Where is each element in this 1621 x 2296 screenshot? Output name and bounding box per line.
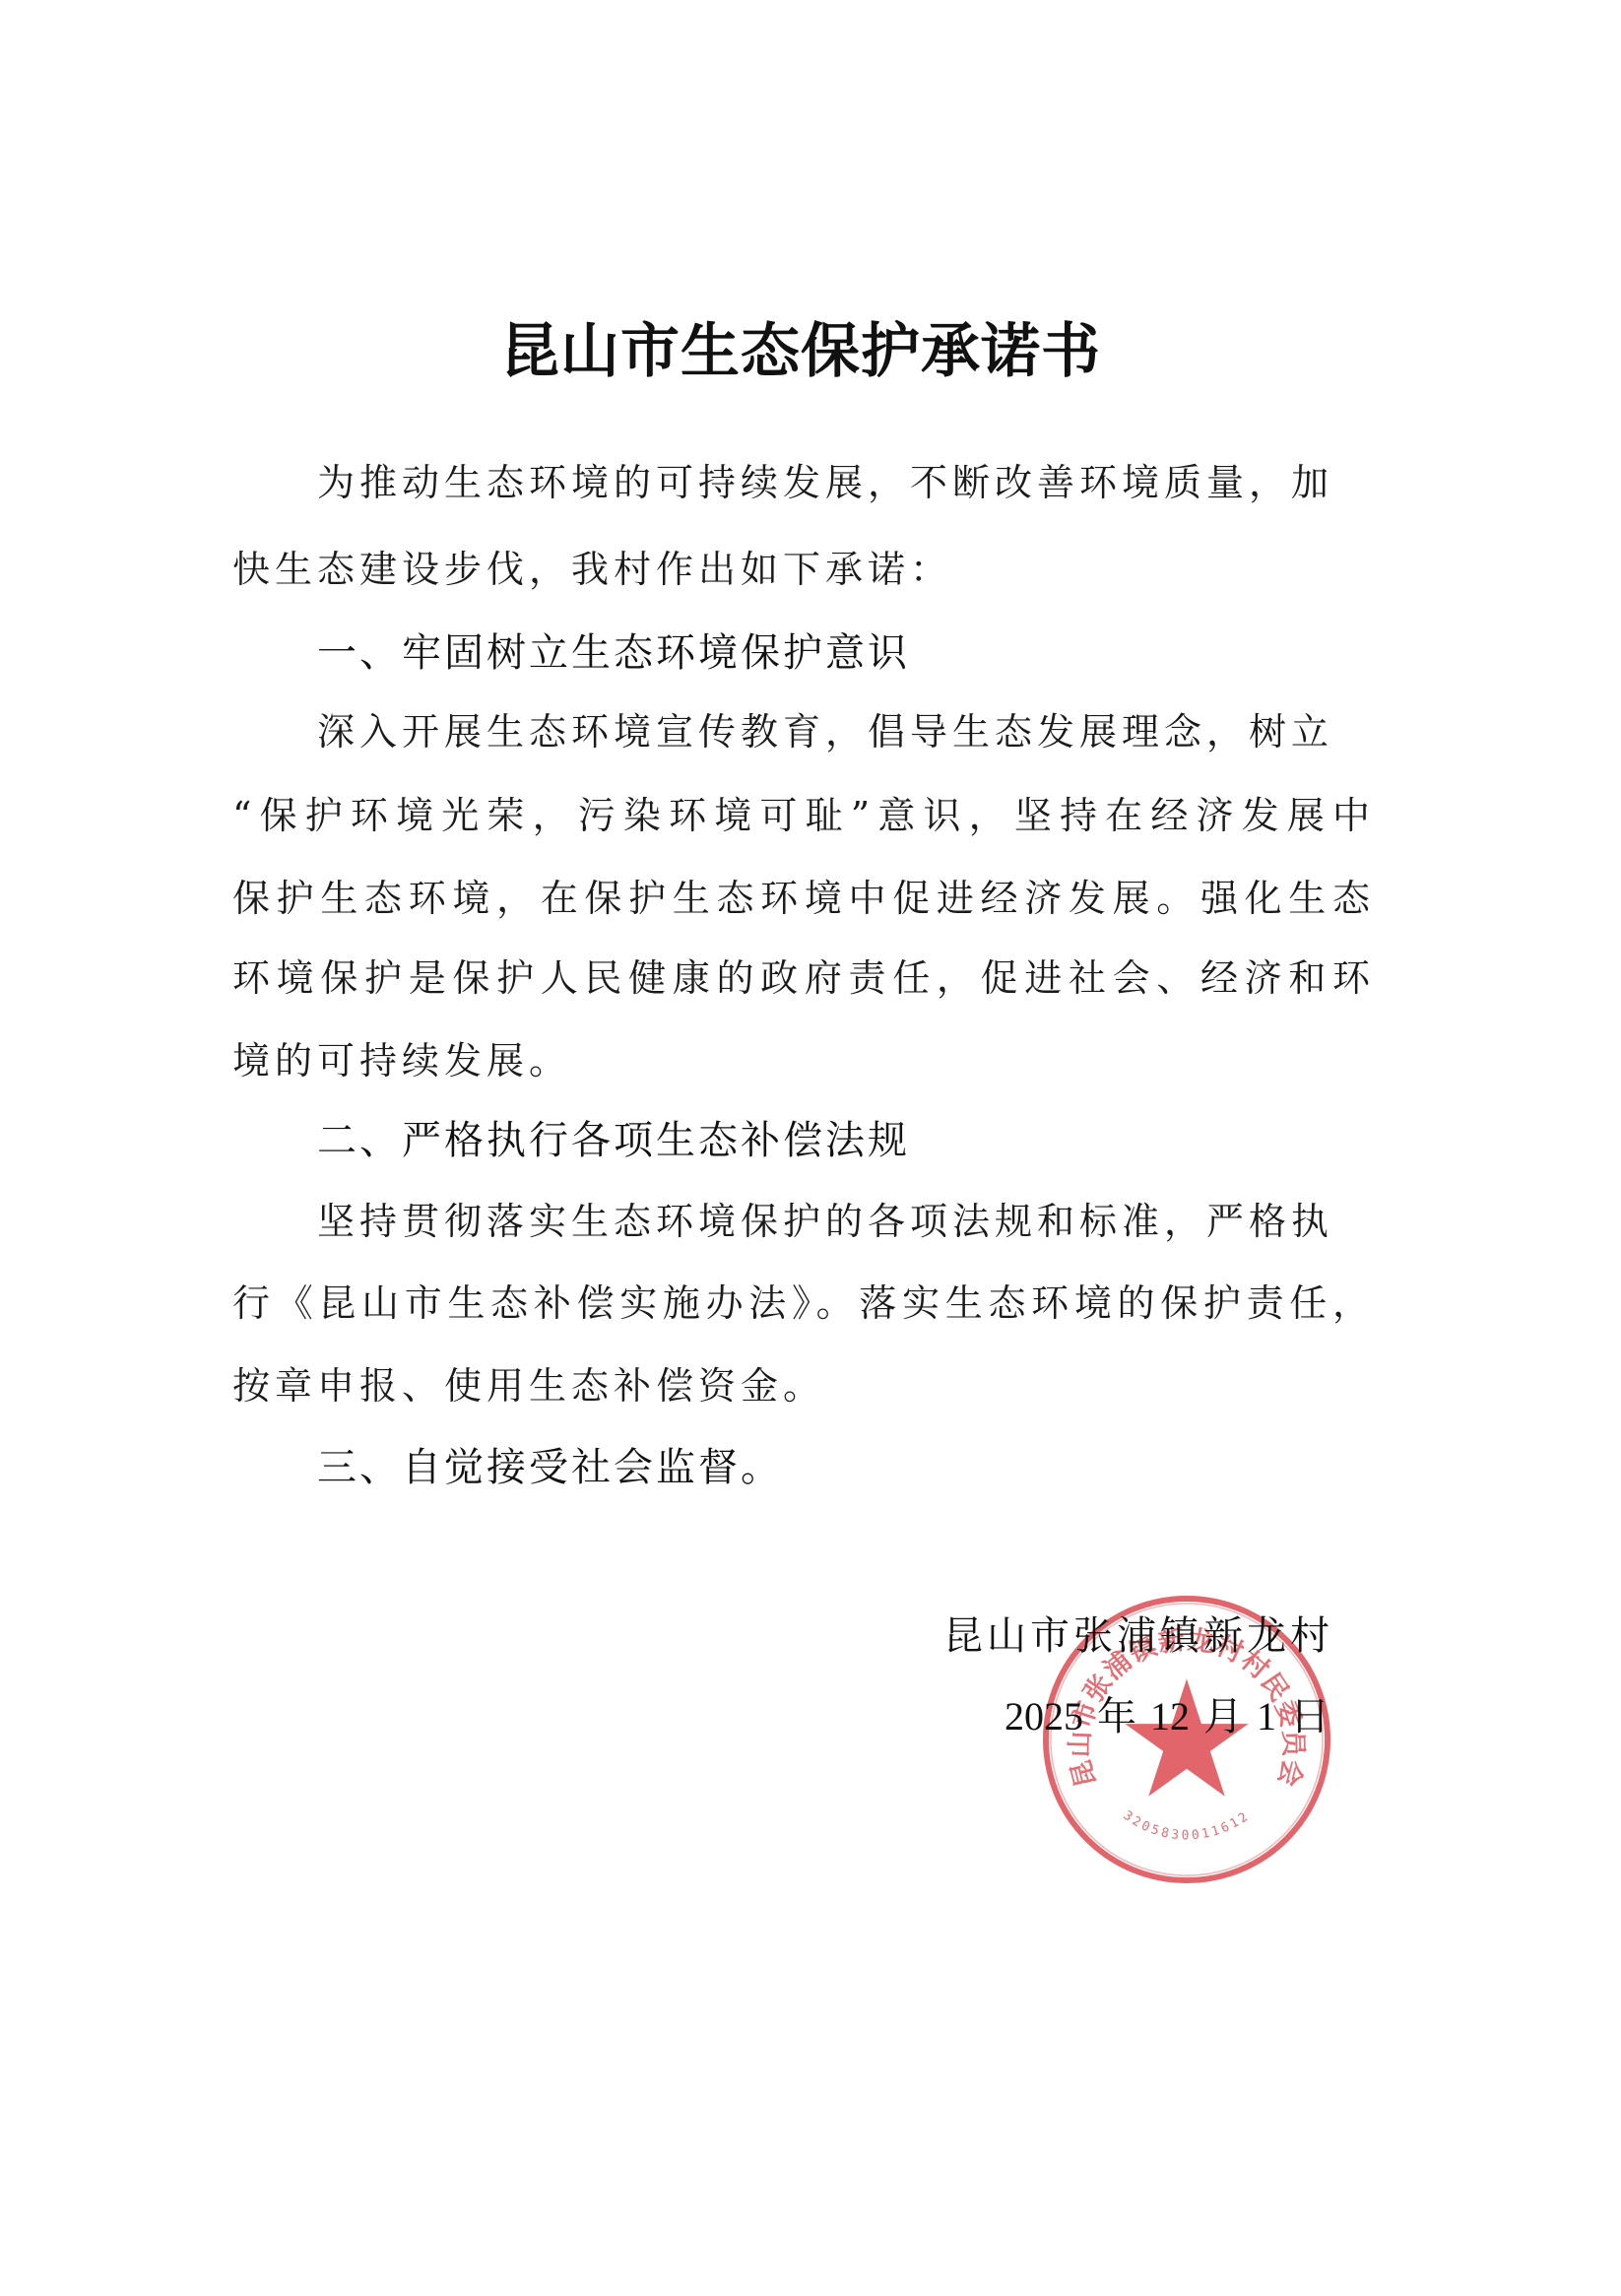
date-month: 12 — [1150, 1687, 1190, 1746]
section-1-line-5: 境的可持续发展。 — [232, 1031, 1375, 1090]
section-1-line-2: “保护环境光荣，污染环境可耻”意识，坚持在经济发展中 — [232, 786, 1375, 845]
date-year: 2025 — [1005, 1687, 1083, 1746]
signature-date: 2025 年 12 月 1 日 — [1005, 1687, 1344, 1746]
signature-organization: 昆山市张浦镇新龙村 — [943, 1607, 1328, 1666]
section-3-heading: 三、自觉接受社会监督。 — [317, 1438, 783, 1497]
section-2-line-1: 坚持贯彻落实生态环境保护的各项法规和标准，严格执 — [317, 1192, 1375, 1251]
section-2-heading: 二、严格执行各项生态补偿法规 — [317, 1111, 910, 1170]
intro-line-2: 快生态建设步伐，我村作出如下承诺： — [232, 540, 1375, 599]
section-2-line-2: 行《昆山市生态补偿实施办法》。落实生态环境的保护责任， — [232, 1274, 1375, 1333]
date-day-unit: 日 — [1290, 1687, 1329, 1746]
intro-line-1: 为推动生态环境的可持续发展，不断改善环境质量，加 — [317, 453, 1375, 512]
section-1-heading: 一、牢固树立生态环境保护意识 — [317, 623, 910, 683]
date-month-unit: 月 — [1203, 1687, 1243, 1746]
section-1-line-4: 环境保护是保护人民健康的政府责任，促进社会、经济和环 — [232, 949, 1375, 1008]
section-1-line-3: 保护生态环境，在保护生态环境中促进经济发展。强化生态 — [232, 869, 1375, 928]
document-page: 昆山市生态保护承诺书 为推动生态环境的可持续发展，不断改善环境质量，加 快生态建… — [0, 0, 1621, 2296]
date-year-unit: 年 — [1097, 1687, 1136, 1746]
document-title: 昆山市生态保护承诺书 — [0, 307, 1611, 396]
svg-text:3205830011612: 3205830011612 — [1121, 1808, 1254, 1844]
date-day: 1 — [1257, 1687, 1276, 1746]
section-1-line-1: 深入开展生态环境宣传教育，倡导生态发展理念，树立 — [317, 702, 1375, 761]
seal-code: 3205830011612 — [1121, 1808, 1254, 1844]
section-2-line-3: 按章申报、使用生态补偿资金。 — [232, 1356, 1375, 1415]
